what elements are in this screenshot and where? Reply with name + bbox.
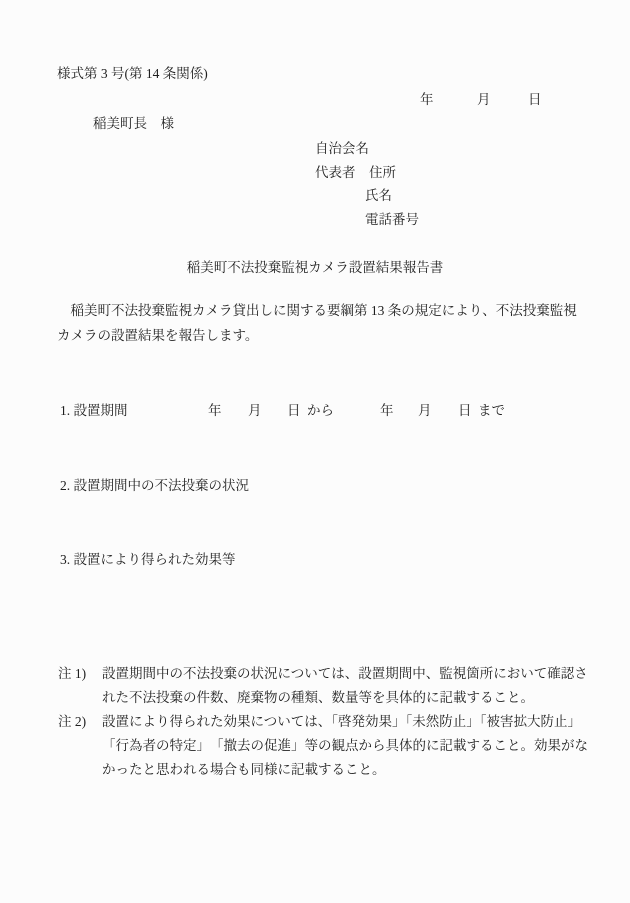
note1-line1: 設置期間中の不法投棄の状況については、設置期間中、監視箇所において確認さ: [102, 666, 588, 683]
date-line: 年 月 日: [420, 92, 600, 110]
sender-association-label: 自治会名: [315, 141, 369, 158]
document-title: 稲美町不法投棄監視カメラ設置結果報告書: [0, 260, 630, 277]
item1-from-month-label: 月: [248, 403, 262, 420]
date-month-label: 月: [477, 92, 491, 109]
item1-to-year-label: 年: [380, 403, 394, 420]
document-page: 様式第 3 号(第 14 条関係) 年 月 日 稲美町長 様 自治会名 代表者 …: [0, 0, 630, 903]
date-day-label: 日: [528, 92, 542, 109]
item1-from-year-label: 年: [208, 403, 222, 420]
sender-name-label: 氏名: [365, 188, 392, 205]
item1-from-suffix: から: [307, 403, 334, 420]
note1-label: 注 1): [58, 666, 86, 683]
sender-phone-label: 電話番号: [365, 212, 419, 229]
sender-representative-address-label: 代表者 住所: [315, 165, 396, 182]
body-paragraph-line2: カメラの設置結果を報告します。: [57, 328, 258, 345]
note2-label: 注 2): [58, 714, 86, 731]
addressee: 稲美町長 様: [93, 116, 174, 133]
item1-to-suffix: まで: [478, 403, 505, 420]
item1-to-month-label: 月: [418, 403, 432, 420]
note1-line2: れた不法投棄の件数、廃棄物の種類、数量等を具体的に記載すること。: [102, 690, 534, 707]
body-paragraph-line1: 稲美町不法投棄監視カメラ貸出しに関する要綱第 13 条の規定により、不法投棄監視: [57, 303, 577, 320]
note2-line2: 「行為者の特定」 「撤去の促進」等の観点から具体的に記載すること。効果がな: [102, 738, 588, 755]
item-dumping-status: 2. 設置期間中の不法投棄の状況: [60, 478, 249, 495]
item-installation-period: 1. 設置期間 年 月 日 から 年 月 日 まで: [60, 403, 580, 421]
item1-label: 1. 設置期間: [60, 403, 128, 420]
note2-line1: 設置により得られた効果については、「啓発効果」「未然防止」「被害拡大防止」: [102, 714, 581, 731]
item-obtained-effects: 3. 設置により得られた効果等: [60, 552, 236, 569]
date-year-label: 年: [420, 92, 434, 109]
form-number: 様式第 3 号(第 14 条関係): [57, 66, 208, 83]
item1-to-day-label: 日: [458, 403, 472, 420]
note2-line3: かったと思われる場合も同様に記載すること。: [102, 762, 386, 779]
item1-from-day-label: 日: [287, 403, 301, 420]
